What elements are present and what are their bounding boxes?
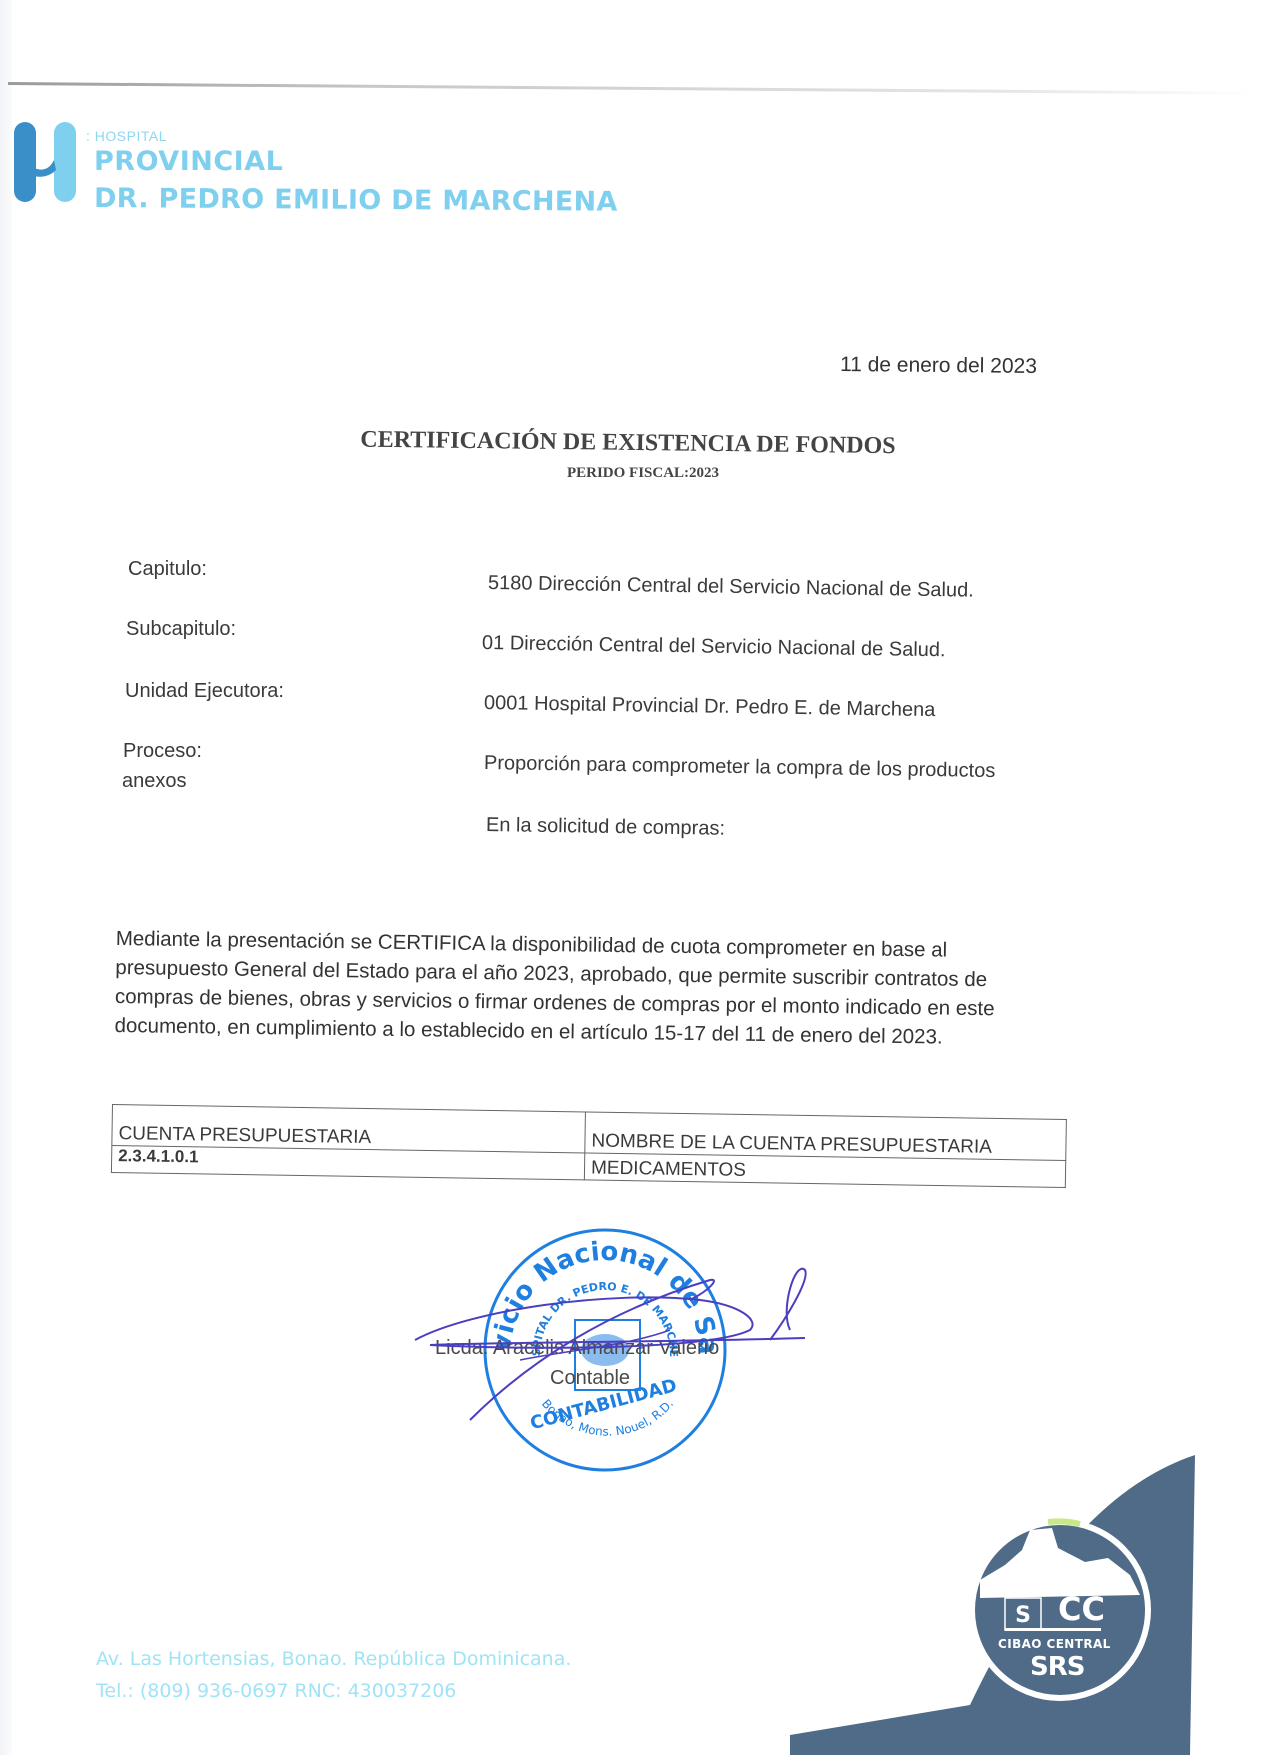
field-value-subcapitulo: 01 Dirección Central del Servicio Nacion… (482, 632, 946, 662)
fiscal-period: PERIDO FISCAL:2023 (567, 465, 719, 482)
field-value-capitulo: 5180 Dirección Central del Servicio Naci… (488, 572, 974, 603)
footer-address: Av. Las Hortensias, Bonao. República Dom… (96, 1648, 571, 1670)
field-label-unidad-ejecutora: Unidad Ejecutora: (125, 680, 284, 703)
badge-logo-text: CC (1058, 1590, 1105, 1628)
field-label-subcapitulo: Subcapitulo: (126, 618, 236, 641)
certification-paragraph: Mediante la presentación se CERTIFICA la… (114, 924, 1106, 1054)
title-text: CERTIFICACIÓN DE EXISTENCIA DE FONDOS (360, 427, 896, 461)
field-value-solicitud: En la solicitud de compras: (486, 814, 725, 841)
scan-edge (0, 0, 12, 1755)
header-rule (8, 82, 1258, 95)
badge-org: SRS (1030, 1652, 1084, 1682)
field-label-capitulo: Capitulo: (128, 558, 207, 581)
footer-contact: Tel.: (809) 936-0697 RNC: 430037206 (96, 1680, 456, 1702)
document-date: 11 de enero del 2023 (840, 353, 1037, 379)
badge-region: CIBAO CENTRAL (998, 1637, 1111, 1651)
hospital-h-logo-icon (12, 120, 84, 205)
logo-hospital-name: DR. PEDRO EMILIO DE MARCHENA (94, 183, 618, 218)
field-value-unidad-ejecutora: 0001 Hospital Provincial Dr. Pedro E. de… (484, 692, 936, 722)
badge-rule (1005, 1628, 1101, 1631)
handwritten-signature-icon (410, 1250, 810, 1450)
document-title: CERTIFICACIÓN DE EXISTENCIA DE FONDOS (0, 422, 1276, 465)
budget-account-table: CUENTA PRESUPUESTARIA NOMBRE DE LA CUENT… (111, 1104, 1067, 1188)
field-label-proceso: Proceso: (123, 740, 202, 763)
header-cuenta: CUENTA PRESUPUESTARIA (112, 1105, 586, 1153)
srs-cibao-central-badge-icon: S (790, 1450, 1200, 1755)
logo-provincial: PROVINCIAL (94, 146, 283, 177)
header-nombre: NOMBRE DE LA CUENTA PRESUPUESTARIA (585, 1112, 1067, 1161)
document-subtitle: PERIDO FISCAL:2023 (0, 465, 1276, 482)
field-value-proceso: Proporción para comprometer la compra de… (484, 752, 996, 783)
logo-hospital-label: : HOSPITAL (86, 128, 167, 144)
field-label-anexos: anexos (122, 770, 187, 793)
svg-text:S: S (1015, 1603, 1031, 1628)
